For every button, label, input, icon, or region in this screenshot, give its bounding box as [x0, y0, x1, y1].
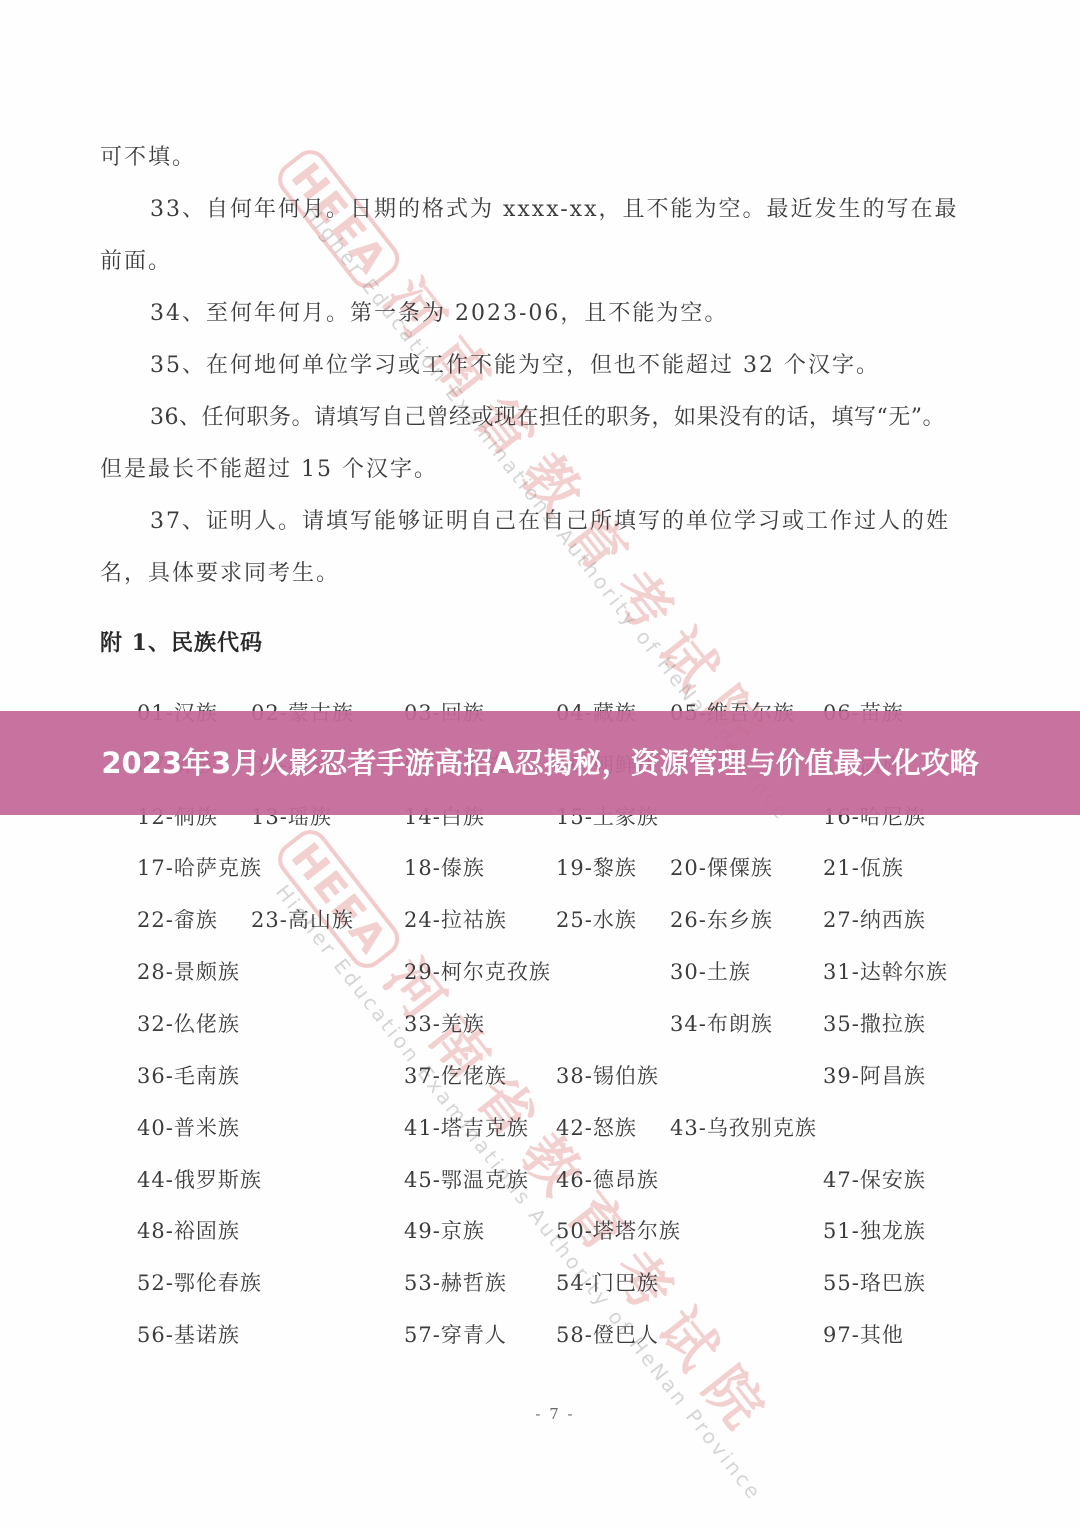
ethnic-code: 24-拉祜族 — [404, 907, 507, 933]
ethnic-code: 55-珞巴族 — [823, 1270, 926, 1296]
ethnic-code: 21-佤族 — [823, 855, 904, 881]
ethnic-code: 97-其他 — [823, 1322, 904, 1348]
ethnic-code: 25-水族 — [556, 907, 637, 933]
ethnic-code: 20-傈僳族 — [670, 855, 773, 881]
ethnic-code: 38-锡伯族 — [556, 1063, 659, 1089]
ethnic-code: 26-东乡族 — [670, 907, 773, 933]
ethnic-code: 27-纳西族 — [823, 907, 926, 933]
ethnic-code: 53-赫哲族 — [404, 1270, 507, 1296]
ethnic-code: 56-基诺族 — [137, 1322, 240, 1348]
appendix-heading: 附 1、民族代码 — [100, 629, 263, 657]
ethnic-code: 29-柯尔克孜族 — [404, 959, 551, 985]
paragraph-line: 33、自何年何月。日期的格式为 xxxx-xx，且不能为空。最近发生的写在最 — [150, 196, 958, 224]
watermark-chinese-top: HEEA河南省教育考试院 — [267, 130, 796, 776]
article-title: 2023年3月火影忍者手游高招A忍揭秘，资源管理与价值最大化攻略 — [101, 745, 978, 782]
ethnic-code: 37-仡佬族 — [404, 1063, 507, 1089]
document-page: HEEA河南省教育考试院 Higher Education Examinatio… — [0, 0, 1080, 1527]
ethnic-code: 18-傣族 — [404, 855, 485, 881]
paragraph-line: 36、任何职务。请填写自己曾经或现在担任的职务，如果没有的话，填写“无”。 — [150, 404, 945, 432]
page-number: - 7 - — [0, 1405, 1080, 1423]
ethnic-code: 42-怒族 — [556, 1115, 637, 1141]
paragraph-line: 37、证明人。请填写能够证明自己在自己所填写的单位学习或工作过人的姓 — [150, 508, 950, 536]
ethnic-code: 51-独龙族 — [823, 1218, 926, 1244]
paragraph-line: 但是最长不能超过 15 个汉字。 — [100, 456, 438, 484]
paragraph-line: 可不填。 — [100, 144, 196, 172]
ethnic-code: 54-门巴族 — [556, 1270, 659, 1296]
ethnic-code: 39-阿昌族 — [823, 1063, 926, 1089]
ethnic-code: 31-达斡尔族 — [823, 959, 948, 985]
ethnic-code: 57-穿青人 — [404, 1322, 507, 1348]
ethnic-code: 23-高山族 — [251, 907, 354, 933]
ethnic-code: 30-土族 — [670, 959, 751, 985]
ethnic-code: 36-毛南族 — [137, 1063, 240, 1089]
ethnic-code: 40-普米族 — [137, 1115, 240, 1141]
ethnic-code: 45-鄂温克族 — [404, 1167, 529, 1193]
ethnic-code: 43-乌孜别克族 — [670, 1115, 817, 1141]
ethnic-code: 19-黎族 — [556, 855, 637, 881]
paragraph-line: 34、至何年何月。第一条为 2023-06，且不能为空。 — [150, 300, 728, 328]
paragraph-line: 前面。 — [100, 248, 172, 276]
ethnic-code: 28-景颇族 — [137, 959, 240, 985]
ethnic-code: 46-德昂族 — [556, 1167, 659, 1193]
ethnic-code: 47-保安族 — [823, 1167, 926, 1193]
ethnic-code: 33-羌族 — [404, 1011, 485, 1037]
ethnic-code: 50-塔塔尔族 — [556, 1218, 681, 1244]
ethnic-code: 41-塔吉克族 — [404, 1115, 529, 1141]
watermark-badge-bottom: HEEA — [271, 823, 407, 975]
ethnic-code: 48-裕固族 — [137, 1218, 240, 1244]
paragraph-line: 35、在何地何单位学习或工作不能为空，但也不能超过 32 个汉字。 — [150, 352, 880, 380]
ethnic-code: 52-鄂伦春族 — [137, 1270, 262, 1296]
ethnic-code: 49-京族 — [404, 1218, 485, 1244]
ethnic-code: 58-僜巴人 — [556, 1322, 659, 1348]
ethnic-code: 44-俄罗斯族 — [137, 1167, 262, 1193]
ethnic-code: 17-哈萨克族 — [137, 855, 262, 881]
title-banner: 2023年3月火影忍者手游高招A忍揭秘，资源管理与价值最大化攻略 — [0, 711, 1080, 815]
ethnic-code: 22-畲族 — [137, 907, 218, 933]
paragraph-line: 名，具体要求同考生。 — [100, 560, 340, 588]
ethnic-code: 32-仫佬族 — [137, 1011, 240, 1037]
ethnic-code: 35-撒拉族 — [823, 1011, 926, 1037]
ethnic-code: 34-布朗族 — [670, 1011, 773, 1037]
